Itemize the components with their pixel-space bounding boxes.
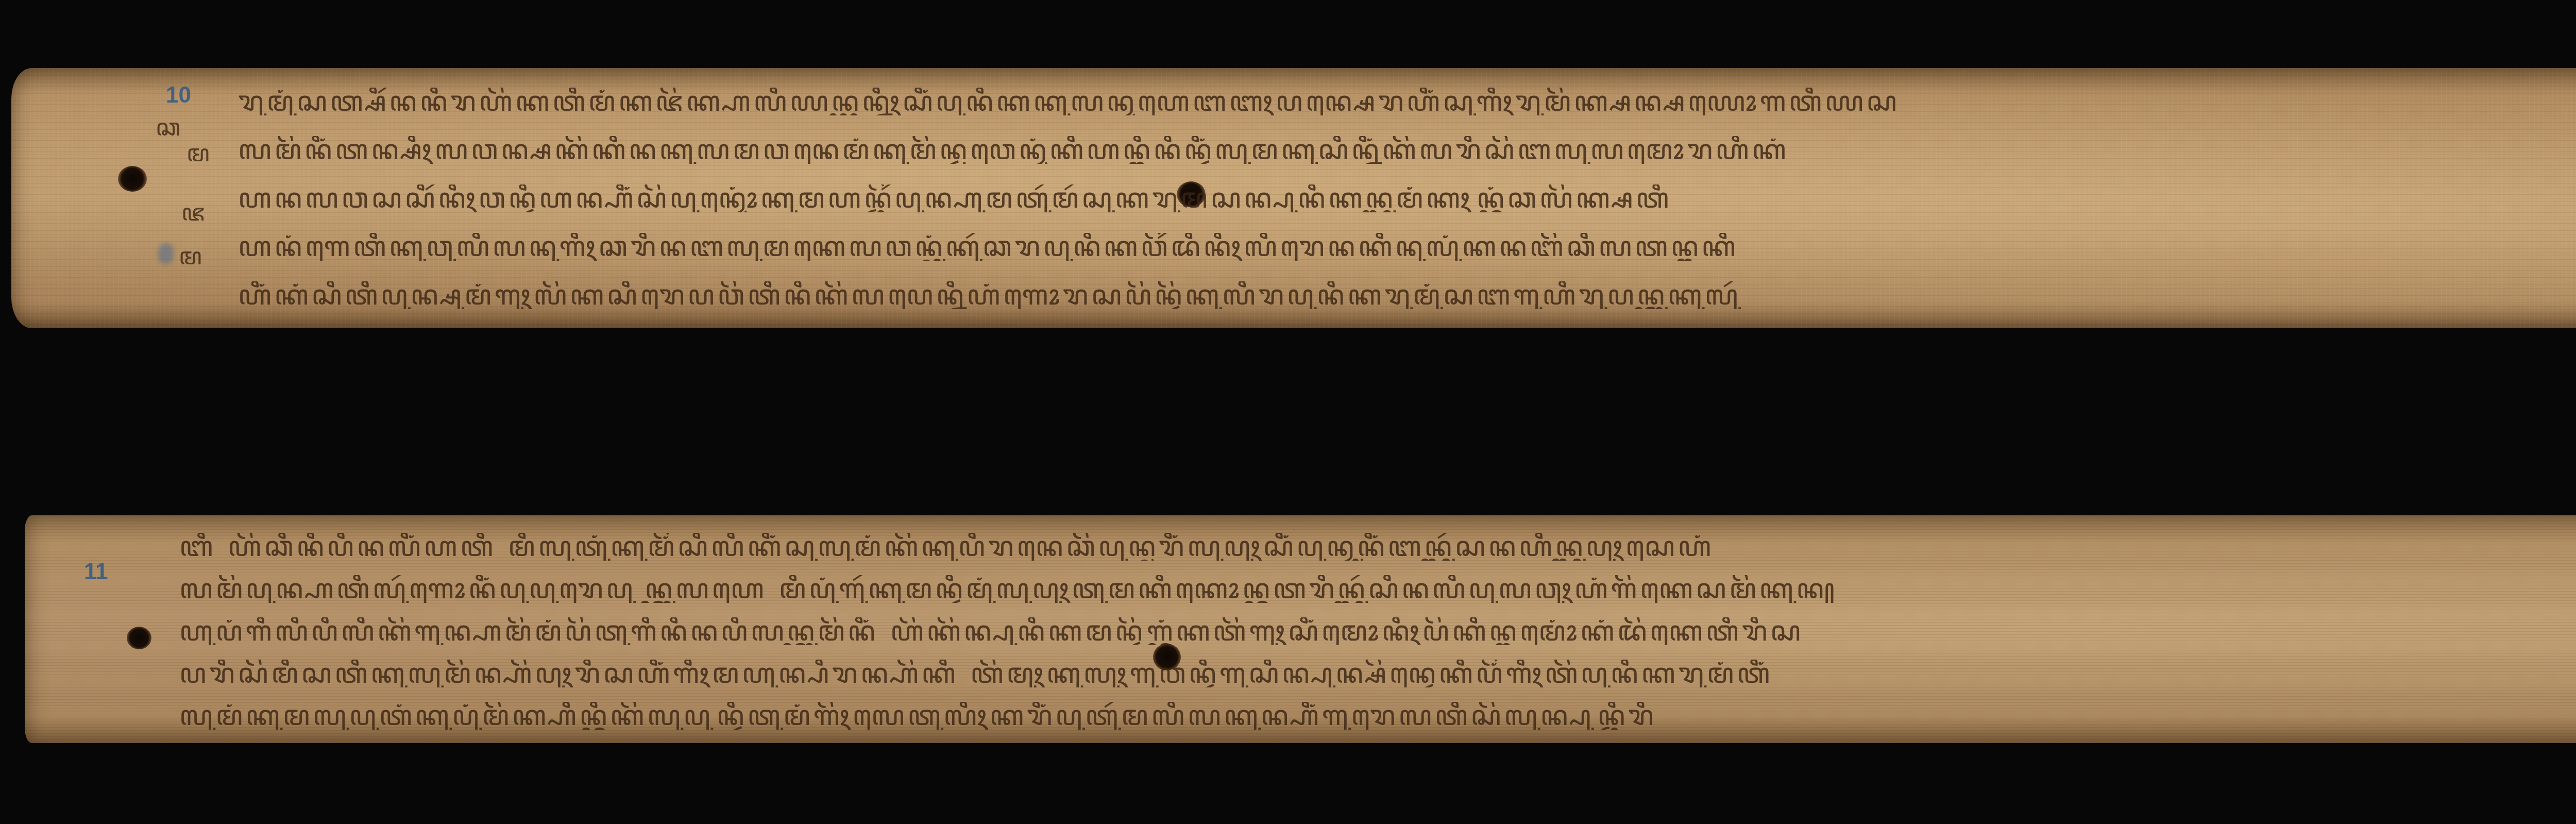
manuscript-line: ꦧꦶ ꦲꦼꦕꦶꦤꦶꦥꦶꦤꦭꦶꦁꦲꦠꦶ ꦩꦶꦭꦸꦠꦸꦁꦏꦸꦩꦼꦁꦱꦶꦭꦶꦏꦶꦁꦱꦸ… (179, 533, 2576, 561)
text-block: ꦫꦸꦩꦸꦁꦱꦠ꧀ꦱꦶꦂꦤꦤꦶꦫꦲꦼꦏꦠꦶꦩꦁꦏꦗꦼꦏ꧀ꦲꦭꦶꦪꦤ꧀ꦪꦤ꧀ꦤꦶꦃꦱ… (238, 77, 2576, 319)
manuscript-line: ꦲꦤꦁꦒꦺꦠꦶꦏꦸꦮꦸꦭꦶꦭꦤꦸꦒꦶꦃꦕꦫꦶꦤꦧꦭꦸꦩꦏꦺꦭꦮꦤ꧀ꦩꦸꦁꦏꦸꦂꦕ… (238, 233, 2576, 261)
folio-number-left: 11 (84, 559, 108, 585)
margin-mark: ꦩ (179, 238, 202, 287)
manuscript-line: ꦭꦩꦼꦥꦸꦤ꧀ꦲꦠꦶꦭꦸꦂꦒꦺꦴꦤꦶꦁꦥꦸꦥꦸꦫꦺꦥꦸꦤ꧀ꦏꦸꦭꦲꦺ ꦩꦶꦥꦸꦁ… (179, 575, 2576, 603)
manuscript-line: ꦲꦤꦭꦮꦱꦱꦶꦂꦤꦶꦃꦮꦤ꧀ꦢꦶꦲꦤ꧀ꦲꦶꦁꦱꦼꦥꦸꦤ꧀ꦮꦺꦴꦁꦏꦸꦩꦲꦤ꧀ꦕꦼ… (238, 184, 2576, 212)
text-block: ꦧꦶ ꦲꦼꦕꦶꦤꦶꦥꦶꦤꦭꦶꦁꦲꦠꦶ ꦩꦶꦭꦸꦠꦸꦁꦏꦸꦩꦼꦁꦱꦶꦭꦶꦏꦶꦁꦱꦸ… (179, 526, 2576, 737)
margin-mark: ꦩ (187, 135, 210, 183)
manuscript-line: ꦫꦸꦩꦸꦁꦱꦠ꧀ꦱꦶꦂꦤꦤꦶꦫꦲꦼꦏꦠꦶꦩꦁꦏꦗꦼꦏ꧀ꦲꦭꦶꦪꦤ꧀ꦪꦤ꧀ꦤꦶꦃꦱ… (238, 88, 2576, 115)
margin-mark: ꦗ (181, 194, 205, 243)
manuscript-line: ꦲꦸꦥꦁꦒꦶꦭꦶꦥꦶꦭꦶꦏꦼꦒꦸꦤ꧀ꦲꦩꦼꦩꦁꦥꦼꦠꦸꦒꦶꦤꦶꦤꦥꦶꦭꦤ꧀ꦏꦸꦩ… (179, 617, 2576, 645)
manuscript-line: ꦲꦶꦁꦏꦁꦱꦶꦠꦶꦥꦸꦤ꧀ꦱꦸꦩꦁꦒꦸꦃꦭꦼꦏꦱꦶꦫꦺꦥꦮꦼꦠꦶꦤꦶꦏꦼꦭꦥꦺꦤ… (238, 281, 2576, 309)
binding-hole-left (127, 627, 151, 649)
manuscript-line: ꦭꦸꦩꦁꦏꦸꦩꦭꦸꦥꦸꦠꦁꦏꦸꦥꦸꦁꦩꦼꦏ꧀ꦲꦶꦤ꧀ꦏꦶꦏꦼꦭꦸꦥꦸꦤ꧀ꦢꦶꦠꦸ… (179, 702, 2576, 730)
ink-smudge (158, 243, 174, 264)
binding-hole-left (118, 166, 147, 192)
margin-mark: ꦕ (156, 109, 180, 158)
manuscript-line: ꦥꦫꦶꦱꦼꦩꦶꦱꦠꦶꦏꦸꦭꦸꦩꦼꦤ꧀ꦲꦼꦥꦸꦃꦫꦶꦱꦲꦶꦁꦒꦶꦃꦩꦲꦸꦤ꧀ꦥꦶꦫ… (179, 660, 2576, 687)
palm-leaf-bottom: 11 11 ꦧꦶ ꦲꦼꦕꦶꦤꦶꦥꦶꦤꦭꦶꦁꦲꦠꦶ ꦩꦶꦭꦸꦠꦸꦁꦏꦸꦩꦼꦁꦱꦶꦭ… (25, 515, 2576, 743)
folio-number-left: 10 (166, 82, 191, 108)
palm-leaf-top: 10 10 ꦕ ꦩ ꦗ ꦩ ꦫꦸꦩꦸꦁꦱꦠ꧀ꦱꦶꦂꦤꦤꦶꦫꦲꦼꦏꦠꦶꦩꦁꦏꦗꦼꦏ… (11, 68, 2576, 328)
manuscript-line: ꦭꦩꦼꦤꦶꦁꦠꦤ꧀ꦱꦶꦃꦭꦮꦤ꧀ꦱꦏꦼꦏꦶꦤꦏꦸꦭꦩꦮꦤꦺꦩꦁꦏꦸꦩꦼꦤ꧀ꦢꦸꦮ… (238, 136, 2576, 164)
